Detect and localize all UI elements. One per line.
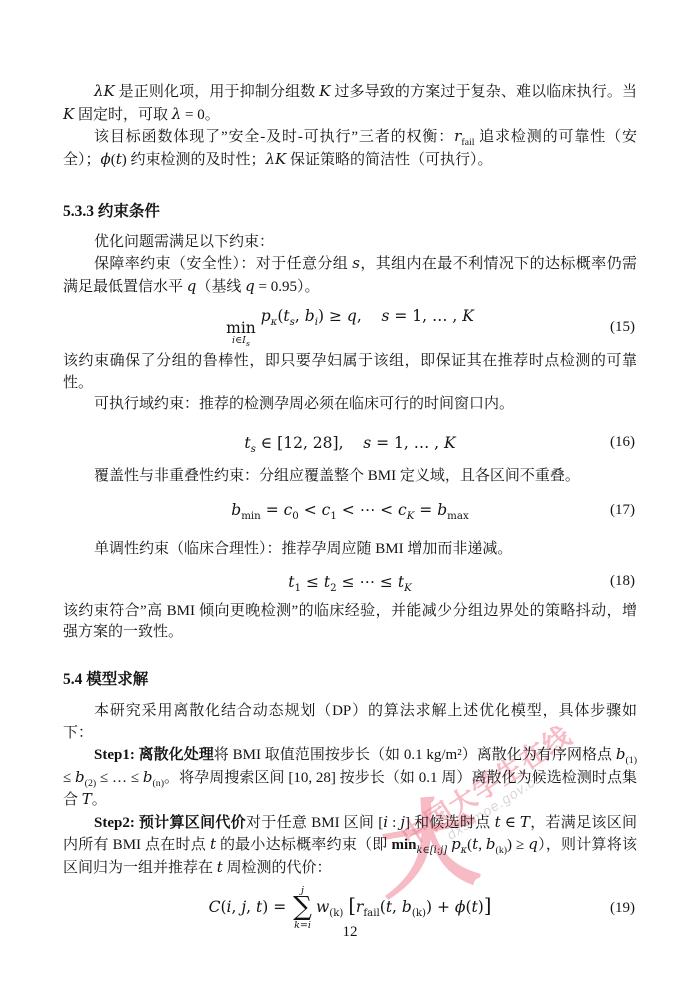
paragraph-robustness-note: 该约束确保了分组的鲁棒性，即只要孕妇属于该组，即保证其在推荐时点检测的可靠性。: [63, 351, 637, 394]
paragraph-constraints-intro: 优化问题需满足以下约束：: [63, 232, 637, 254]
document-page: 大 中国大学生在线 dxs.moe.gov.cn λK 是正则化项，用于抑制分组…: [0, 0, 700, 989]
equation-17: bmin = c0 < c1 < ⋯ < cK = bmax (17): [63, 495, 637, 525]
equation-19-number: (19): [610, 900, 635, 917]
paragraph-feasible-domain-constraint: 可执行域约束：推荐的检测孕周必须在临床可行的时间窗口内。: [63, 394, 637, 416]
equation-18-body: t1 ≤ t2 ≤ ⋯ ≤ tK: [288, 573, 411, 591]
paragraph-step1-discretization: Step1: 离散化处理将 BMI 取值范围按步长（如 0.1 kg/m²）离散…: [63, 744, 637, 812]
paragraph-clinical-experience-note: 该约束符合”高 BMI 倾向更晚检测”的临床经验，并能减少分组边界处的策略抖动，…: [63, 601, 637, 644]
equation-15-body: mini∈Is pκ(ts, bi) ≥ q, s = 1, … , K: [226, 307, 474, 346]
equation-16-body: ts ∈ [12, 28], s = 1, … , K: [244, 434, 455, 452]
equation-15-number: (15): [610, 319, 635, 336]
equation-18: t1 ≤ t2 ≤ ⋯ ≤ tK (18): [63, 567, 637, 597]
equation-18-number: (18): [610, 573, 635, 590]
paragraph-monotonicity-constraint: 单调性约束（临床合理性）：推荐孕周应随 BMI 增加而非递减。: [63, 539, 637, 561]
paragraph-lambda-regularization: λK 是正则化项，用于抑制分组数 K 过多导致的方案过于复杂、难以临床执行。当 …: [63, 81, 637, 126]
equation-16: ts ∈ [12, 28], s = 1, … , K (16): [63, 428, 637, 458]
equation-17-body: bmin = c0 < c1 < ⋯ < cK = bmax: [231, 501, 468, 519]
section-heading-533: 5.3.3 约束条件: [63, 201, 637, 223]
paragraph-dp-method-intro: 本研究采用离散化结合动态规划（DP）的算法求解上述优化模型，具体步骤如下：: [63, 701, 637, 744]
page-content: λK 是正则化项，用于抑制分组数 K 过多导致的方案过于复杂、难以临床执行。当 …: [63, 81, 637, 931]
paragraph-objective-tradeoff: 该目标函数体现了”安全-及时-可执行”三者的权衡：rfail 追求检测的可靠性（…: [63, 126, 637, 171]
section-heading-54: 5.4 模型求解: [63, 669, 637, 691]
paragraph-step2-interval-cost: Step2: 预计算区间代价对于任意 BMI 区间 [i : j] 和候选时点 …: [63, 812, 637, 880]
equation-15: mini∈Is pκ(ts, bi) ≥ q, s = 1, … , K (15…: [63, 305, 637, 349]
equation-16-number: (16): [610, 434, 635, 451]
paragraph-coverage-constraint: 覆盖性与非重叠性约束：分组应覆盖整个 BMI 定义域，且各区间不重叠。: [63, 466, 637, 488]
paragraph-guarantee-constraint: 保障率约束（安全性）：对于任意分组 s，其组内在最不利情况下的达标概率仍需满足最…: [63, 253, 637, 298]
equation-17-number: (17): [610, 502, 635, 519]
page-number: 12: [0, 924, 700, 941]
